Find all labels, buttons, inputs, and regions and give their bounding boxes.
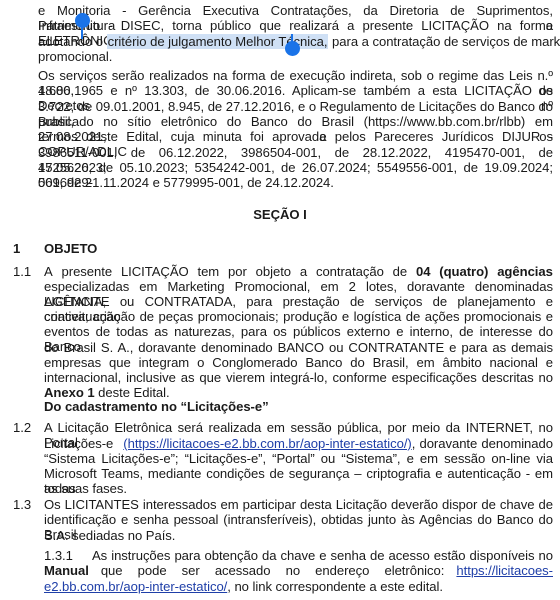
item-1-2-line-2: Licitações-e (https://licitacoes-e2.bb.c… [44, 436, 553, 451]
item-1-2-line-2-post: ,doravantedenominado [412, 436, 553, 451]
word: denominado [481, 436, 553, 451]
word: contratação [316, 264, 384, 279]
word: presente [62, 264, 113, 279]
item-1-3-line-3: S.A. sediadas no País. [44, 528, 175, 543]
word: por [228, 264, 247, 279]
word: pode [138, 563, 167, 578]
intro-line-3-after: para a contratação de serviços de market… [328, 34, 560, 49]
item-1-1-line: do Brasil S. A., doravante denominado BA… [44, 340, 553, 355]
item-1-2-number: 1.2 [13, 420, 31, 435]
intro-line-4: promocional. [38, 49, 112, 64]
item-1-3-1-number: 1.3.1 [44, 548, 73, 563]
word: de [393, 264, 407, 279]
item-1-3-1-line-3: e2.bb.com.br/aop-inter-estatico/, no lin… [44, 579, 443, 594]
item-1-1-line: criativa; criação de peças promocionais;… [44, 309, 553, 324]
word: objeto [256, 264, 291, 279]
item-1-1-last: Anexo 1 deste Edital. [44, 385, 170, 400]
selection-start-stem [81, 26, 83, 39]
item-1-3-1-line-2: Manual quepodeseracessadonoendereçoeletr… [44, 563, 553, 578]
item-1-3-number: 1.3 [13, 497, 31, 512]
word: ser [182, 563, 200, 578]
word: LICITAÇÃO [121, 264, 189, 279]
item-1-3-1-line-3-text: , no link correspondente a este edital. [227, 579, 443, 594]
item-1-3-line-1: Os LICITANTES interessados em participar… [44, 497, 553, 512]
bold-word: 04 [416, 264, 430, 279]
annex-reference: Anexo 1 [44, 385, 95, 400]
word: A [44, 264, 53, 279]
heading-title: OBJETO [44, 241, 97, 256]
word: a [300, 264, 307, 279]
item-1-1-number: 1.1 [13, 264, 31, 279]
word: acessado [215, 563, 271, 578]
manual-label: Manual [44, 563, 89, 578]
word: endereço [315, 563, 369, 578]
item-1-2-line-3: “Sistema Licitações-e”; “Licitações-e”, … [44, 451, 553, 466]
item-1-1-last-text: deste Edital. [95, 385, 170, 400]
item-1-2-line-5: as suas fases. [44, 481, 127, 496]
licitacoes-portal-link[interactable]: (https://licitacoes-e2.bb.com.br/aop-int… [123, 436, 411, 451]
word: , [412, 436, 416, 451]
word: eletrônico: [384, 563, 444, 578]
word: que [101, 563, 123, 578]
section-title: SEÇÃO I [0, 207, 560, 222]
licitacoes-link-part-1[interactable]: https://licitacoes- [456, 563, 553, 578]
item-1-3-1-line-1: As instruções para obtenção da chave e s… [92, 548, 553, 563]
word: tem [197, 264, 219, 279]
subheading: Do cadastramento no “Licitações-e” [44, 399, 269, 414]
item-1-1-line-1: ApresenteLICITAÇÃOtemporobjetoacontrataç… [44, 264, 553, 279]
bold-word: (quatro) [439, 264, 488, 279]
bold-word: agências [497, 264, 553, 279]
item-1-1-line: empresas que integram o Conglomerado Ban… [44, 355, 553, 370]
licitacoes-link-part-2[interactable]: e2.bb.com.br/aop-inter-estatico/ [44, 579, 227, 594]
word: no [286, 563, 300, 578]
item-1-2-line-2-pre: Licitações-e [44, 436, 113, 451]
intro-line-3-before: adotando o [38, 34, 107, 49]
selection-end-handle[interactable] [285, 41, 300, 56]
heading-number: 1 [13, 241, 20, 256]
legal-line: 001, de 21.11.2024 e 5779995-001, de 24.… [38, 175, 553, 190]
word: doravante [419, 436, 477, 451]
item-1-1-line: internacional, inclusive as que vierem i… [44, 370, 553, 385]
